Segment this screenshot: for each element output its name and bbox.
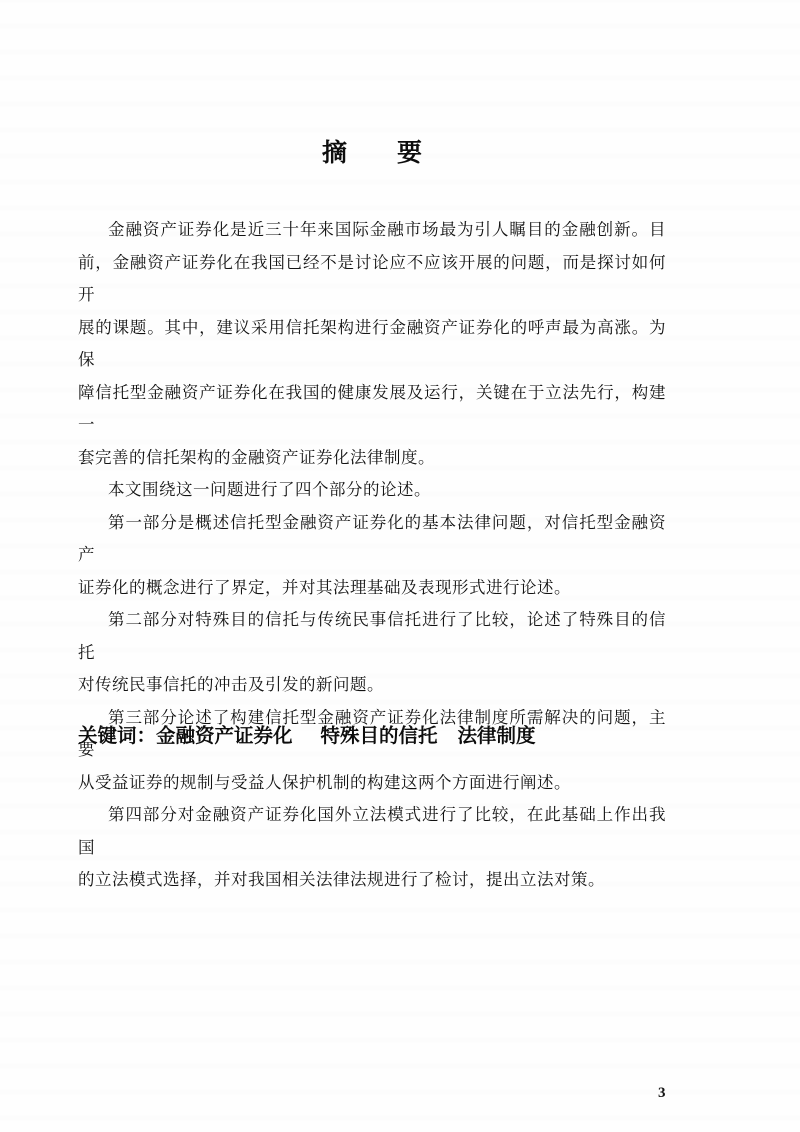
keyword-item: 金融资产证券化 [156,725,293,747]
body-line: 第二部分对特殊目的信托与传统民事信托进行了比较，论述了特殊目的信托 [78,604,666,669]
keywords-line: 关键词：金融资产证券化特殊目的信托法律制度 [78,722,738,750]
body-line: 对传统民事信托的冲击及引发的新问题。 [78,669,666,702]
page-number: 3 [658,1083,666,1103]
body-line: 的立法模式选择，并对我国相关法律法规进行了检讨，提出立法对策。 [78,864,666,897]
body-line: 展的课题。其中，建议采用信托架构进行金融资产证券化的呼声最为高涨。为保 [78,312,666,377]
keyword-item: 特殊目的信托 [321,725,438,747]
document-page: 摘 要 金融资产证券化是近三十年来国际金融市场最为引人瞩目的金融创新。目前，金融… [0,0,800,1132]
keyword-item: 法律制度 [458,725,536,747]
body-line: 第四部分对金融资产证券化国外立法模式进行了比较，在此基础上作出我国 [78,799,666,864]
body-line: 从受益证券的规制与受益人保护机制的构建这两个方面进行阐述。 [78,767,666,800]
body-line: 前，金融资产证券化在我国已经不是讨论应不应该开展的问题，而是探讨如何开 [78,247,666,312]
page-title: 摘 要 [78,139,666,169]
body-line: 本文围绕这一问题进行了四个部分的论述。 [78,474,666,507]
body-line: 第一部分是概述信托型金融资产证券化的基本法律问题，对信托型金融资产 [78,507,666,572]
body-line: 证券化的概念进行了界定，并对其法理基础及表现形式进行论述。 [78,572,666,605]
body-line: 套完善的信托架构的金融资产证券化法律制度。 [78,442,666,475]
body-line: 金融资产证券化是近三十年来国际金融市场最为引人瞩目的金融创新。目 [78,214,666,247]
keywords-label: 关键词： [78,725,156,747]
body-line: 障信托型金融资产证券化在我国的健康发展及运行，关键在于立法先行，构建一 [78,377,666,442]
abstract-body: 金融资产证券化是近三十年来国际金融市场最为引人瞩目的金融创新。目前，金融资产证券… [78,214,666,897]
